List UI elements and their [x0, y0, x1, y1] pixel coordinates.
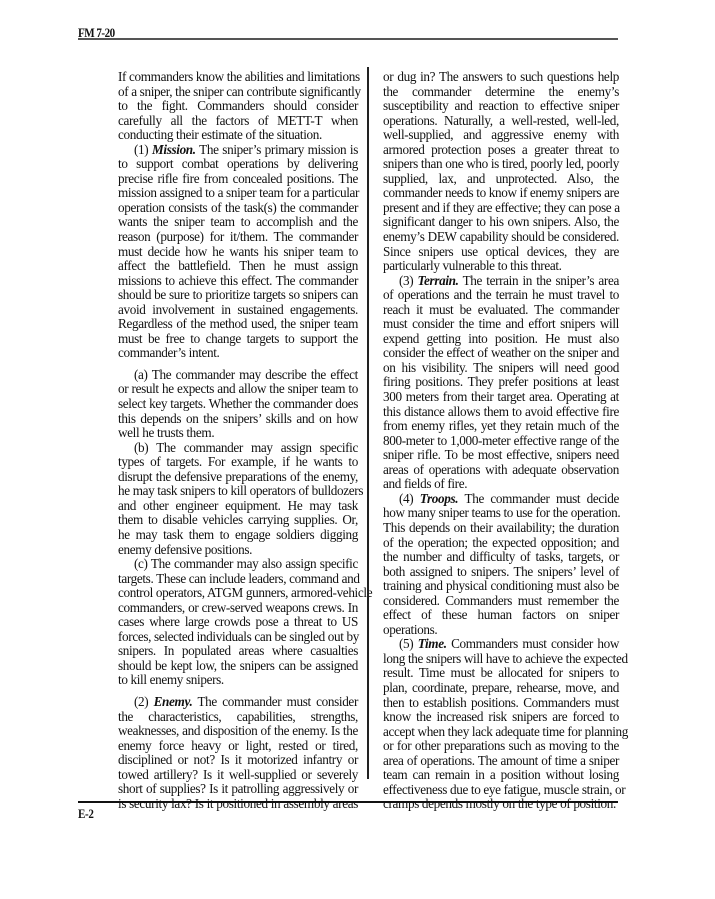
- paragraph-heading: Time.: [418, 636, 447, 651]
- text-line: cramps depends mostly on the type of pos…: [383, 797, 619, 812]
- text-line: short of supplies? Is it patrolling aggr…: [118, 782, 358, 797]
- text-line: must consider the time and effort sniper…: [383, 317, 619, 332]
- left-column: If commanders know the abilities and lim…: [118, 70, 358, 811]
- page-number: E-2: [78, 806, 94, 822]
- paragraph-heading: Troops.: [420, 491, 458, 506]
- text-line: missions to achieve this effect. The com…: [118, 274, 358, 289]
- text-line: precise rifle fire from concealed positi…: [118, 172, 358, 187]
- text-line: he may task them to engage soldiers digg…: [118, 528, 358, 543]
- text-line: area of operations. The amount of time a…: [383, 754, 619, 769]
- text-line: towed artillery? Is it well-supplied or …: [118, 768, 358, 783]
- text-line: he may task snipers to kill operators of…: [118, 484, 358, 499]
- text-line: operations.: [383, 623, 619, 638]
- text-line: of a sniper, the sniper can contribute s…: [118, 85, 358, 100]
- paragraph-heading: Enemy.: [154, 694, 193, 709]
- text-line: effectiveness due to eye fatigue, muscle…: [383, 783, 619, 798]
- text-line: significant danger to his own snipers. A…: [383, 215, 619, 230]
- text-line: consider the effect of weather on the sn…: [383, 346, 619, 361]
- text-line: operations. Naturally, a well-rested, we…: [383, 114, 619, 129]
- text-line: armored protection poses a greater threa…: [383, 143, 619, 158]
- text-line: or for other preparations such as moving…: [383, 739, 619, 754]
- text-line: to support combat operations by deliveri…: [118, 157, 358, 172]
- text-line: conducting their estimate of the situati…: [118, 128, 358, 143]
- text-line: wants the sniper team to accomplish and …: [118, 215, 358, 230]
- paragraph-heading: Terrain.: [418, 273, 459, 288]
- text-line: long the snipers will have to achieve th…: [383, 652, 619, 667]
- text-line: (5) Time. Commanders must consider how: [383, 637, 619, 652]
- text-line: (b) The commander may assign specific: [118, 441, 358, 456]
- text-line: training and physical conditioning must …: [383, 579, 619, 594]
- text-line: the number and difficulty of tasks, targ…: [383, 550, 619, 565]
- text-line: disciplined or not? Is it motorized infa…: [118, 753, 358, 768]
- text-line: from enemy rifles, yet they retain much …: [383, 419, 619, 434]
- text-line: (1) Mission. The sniper’s primary missio…: [118, 143, 358, 158]
- text-line: present and if they are effective; they …: [383, 201, 619, 216]
- text-line: accept when they lack adequate time for …: [383, 725, 619, 740]
- text-line: mission assigned to a sniper team for a …: [118, 186, 358, 201]
- text-line: expend getting into position. He must al…: [383, 332, 619, 347]
- text-line: susceptibility and reaction to effective…: [383, 99, 619, 114]
- text-line: to the fight. Commanders should consider: [118, 99, 358, 114]
- text-line: well he trusts them.: [118, 426, 358, 441]
- text-line: is security lax? Is it positioned in ass…: [118, 797, 358, 812]
- text-line: of the operation; the expected oppositio…: [383, 536, 619, 551]
- text-line: enemy force heavy or light, rested or ti…: [118, 739, 358, 754]
- text-line: snipers. In populated areas where casual…: [118, 644, 358, 659]
- text-line: enemy’s DEW capability should be conside…: [383, 230, 619, 245]
- text-line: operation consists of the task(s) the co…: [118, 201, 358, 216]
- text-line: enemy defensive positions.: [118, 543, 358, 558]
- text-line: or result he expects and allow the snipe…: [118, 382, 358, 397]
- text-line: (3) Terrain. The terrain in the sniper’s…: [383, 274, 619, 289]
- text-line: weaknesses, and disposition of the enemy…: [118, 724, 358, 739]
- text-line: then to establish positions. Commanders …: [383, 696, 619, 711]
- text-line: and other engineer equipment. He may tas…: [118, 499, 358, 514]
- text-line: commanders, or crew-served weapons crews…: [118, 601, 358, 616]
- text-line: carefully all the factors of METT-T when: [118, 114, 358, 129]
- text-line: should be sure to prioritize targets so …: [118, 288, 358, 303]
- text-line: select key targets. Whether the commande…: [118, 397, 358, 412]
- text-line: areas of operations with adequate observ…: [383, 463, 619, 478]
- text-line: result. Time must be allocated for snipe…: [383, 666, 619, 681]
- text-line: effect of these human factors on sniper: [383, 608, 619, 623]
- text-line: particularly vulnerable to this threat.: [383, 259, 619, 274]
- text-line: them to disable vehicles carrying suppli…: [118, 513, 358, 528]
- text-line: This depends on their availability; the …: [383, 521, 619, 536]
- text-line: on his visibility. The snipers will need…: [383, 361, 619, 376]
- text-line: plan, coordinate, prepare, rehearse, mov…: [383, 681, 619, 696]
- footer-rule: [78, 801, 618, 803]
- change-bar: [367, 67, 369, 779]
- text-line: well-supplied, and aggressive enemy with: [383, 128, 619, 143]
- text-line: affect the battlefield. Then he must ass…: [118, 259, 358, 274]
- text-line: cases where large crowds pose a threat t…: [118, 615, 358, 630]
- text-line: targets. These can include leaders, comm…: [118, 572, 358, 587]
- text-line: of operations and the terrain he must tr…: [383, 288, 619, 303]
- text-line: (2) Enemy. The commander must consider: [118, 695, 358, 710]
- text-line: types of targets. For example, if he wan…: [118, 455, 358, 470]
- text-line: Since snipers use optical devices, they …: [383, 245, 619, 260]
- text-line: firing positions. They prefer positions …: [383, 375, 619, 390]
- text-line: should be kept low, the snipers can be a…: [118, 659, 358, 674]
- text-line: both assigned to snipers. The snipers’ l…: [383, 565, 619, 580]
- paragraph-heading: Mission.: [152, 142, 196, 157]
- text-line: commander’s intent.: [118, 346, 358, 361]
- text-line: reach it must be evaluated. The commande…: [383, 303, 619, 318]
- text-line: (c) The commander may also assign specif…: [118, 557, 358, 572]
- text-line: must decide how he wants his sniper team…: [118, 245, 358, 260]
- text-line: snipers than one who is tired, poorly le…: [383, 157, 619, 172]
- text-line: avoid involvement in sustained engagemen…: [118, 303, 358, 318]
- text-line: If commanders know the abilities and lim…: [118, 70, 358, 85]
- text-line: the characteristics, capabilities, stren…: [118, 710, 358, 725]
- text-line: sniper rifle. To be most effective, snip…: [383, 448, 619, 463]
- text-line: or dug in? The answers to such questions…: [383, 70, 619, 85]
- text-line: Regardless of the method used, the snipe…: [118, 317, 358, 332]
- text-line: know the increased risk snipers are forc…: [383, 710, 619, 725]
- text-line: team can remain in a position without lo…: [383, 768, 619, 783]
- text-line: this depends on the snipers’ skills and …: [118, 412, 358, 427]
- text-line: to kill enemy snipers.: [118, 673, 358, 688]
- text-line: this distance allows them to avoid effec…: [383, 405, 619, 420]
- header-rule: [78, 38, 618, 40]
- text-line: 300 meters from their target area. Opera…: [383, 390, 619, 405]
- text-line: disrupt the defensive preparations of th…: [118, 470, 358, 485]
- text-line: reason (purpose) for it/them. The comman…: [118, 230, 358, 245]
- text-line: (a) The commander may describe the effec…: [118, 368, 358, 383]
- text-line: must be free to change targets to suppor…: [118, 332, 358, 347]
- text-line: (4) Troops. The commander must decide: [383, 492, 619, 507]
- text-line: how many sniper teams to use for the ope…: [383, 506, 619, 521]
- text-line: and fields of fire.: [383, 477, 619, 492]
- text-line: the commander determine the enemy’s: [383, 85, 619, 100]
- text-line: considered. Commanders must remember the: [383, 594, 619, 609]
- text-line: supplied, lax, and unprotected. Also, th…: [383, 172, 619, 187]
- text-line: forces, selected individuals can be sing…: [118, 630, 358, 645]
- text-line: commander needs to know if enemy snipers…: [383, 186, 619, 201]
- text-line: control operators, ATGM gunners, armored…: [118, 586, 358, 601]
- right-column: or dug in? The answers to such questions…: [383, 70, 619, 812]
- text-line: 800-meter to 1,000-meter effective range…: [383, 434, 619, 449]
